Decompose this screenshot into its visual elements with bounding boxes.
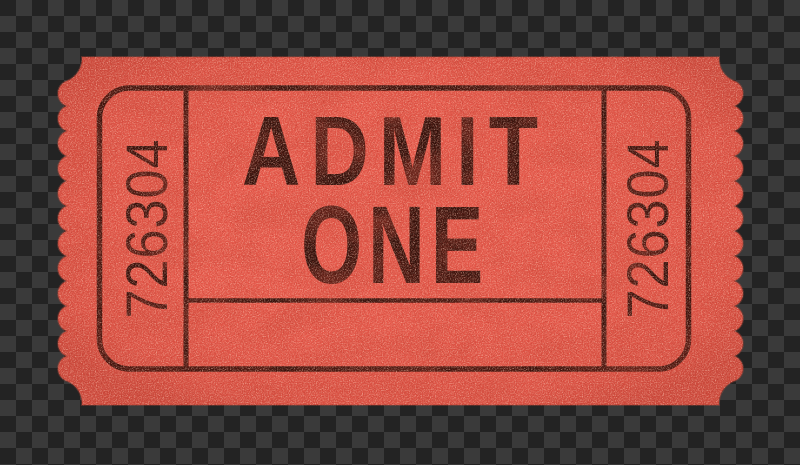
ticket: ADMIT ONE 726304 726304 xyxy=(58,57,743,405)
admit-one-ticket-image: ADMIT ONE 726304 726304 xyxy=(0,0,800,465)
transparency-checkerboard: ADMIT ONE 726304 726304 xyxy=(0,0,800,465)
ticket-edge-vignette xyxy=(58,57,743,405)
